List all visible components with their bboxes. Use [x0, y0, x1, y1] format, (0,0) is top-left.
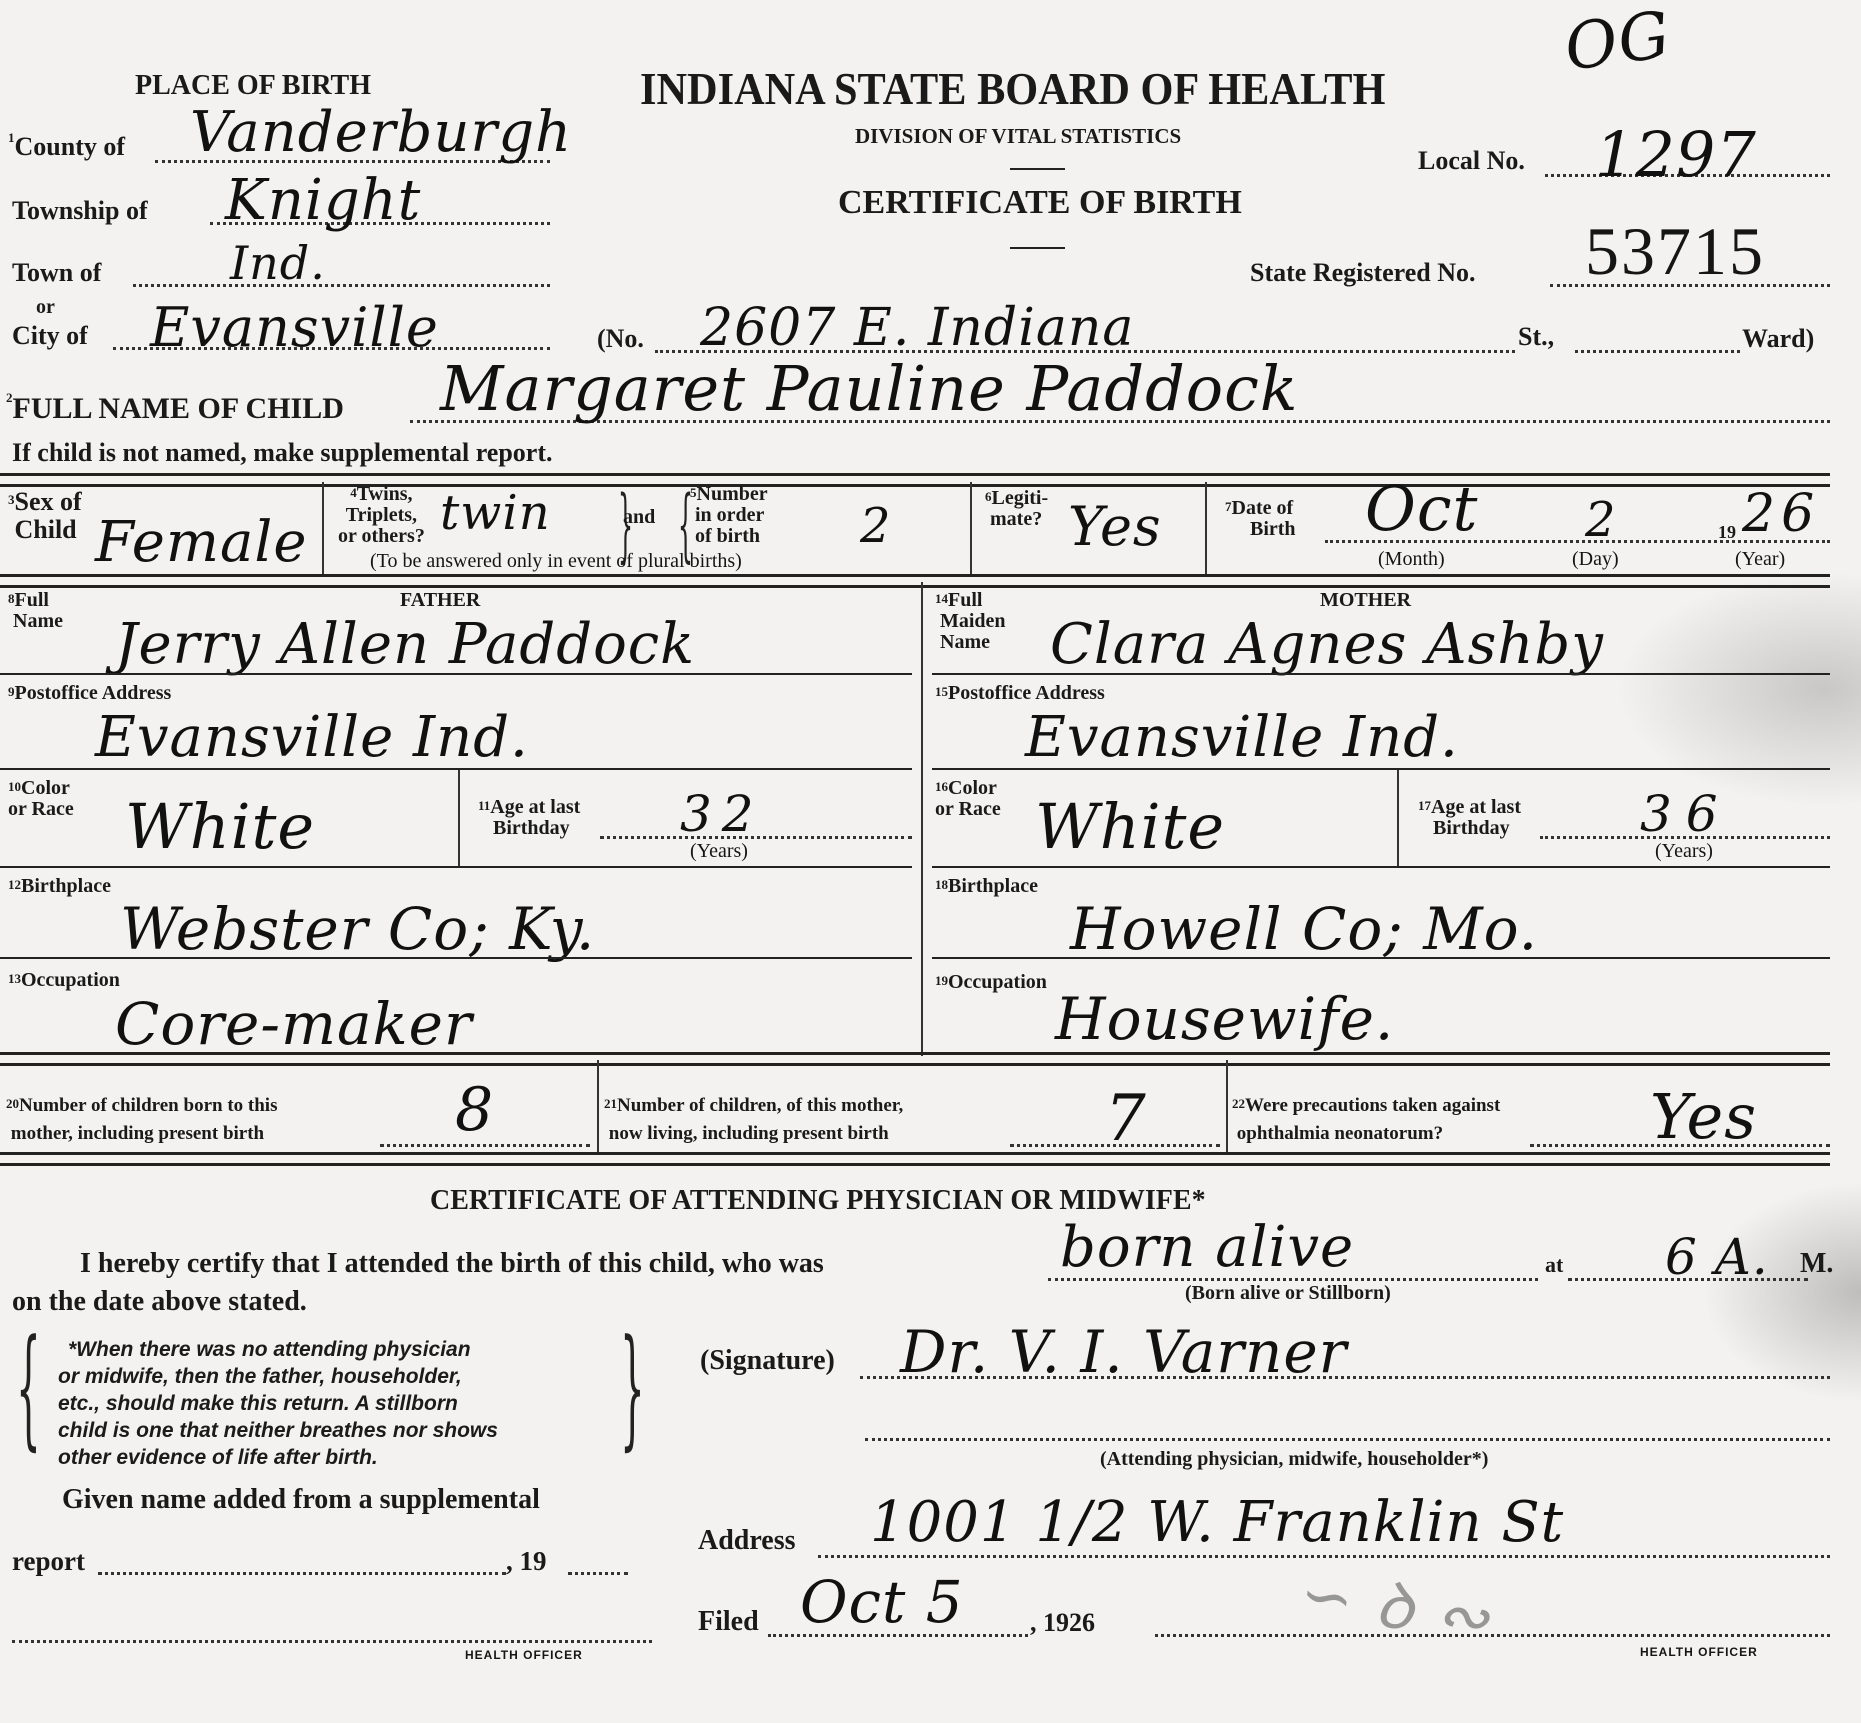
father-birthplace-value: Webster Co; Ky. [120, 895, 595, 963]
order-label: Number [697, 483, 768, 505]
row-line [932, 957, 1830, 959]
time-value: 6 A. [1665, 1228, 1769, 1286]
filed-label: Filed [698, 1606, 759, 1638]
father-race-label: Color [21, 777, 70, 799]
father-occupation-label: Occupation [21, 969, 120, 991]
report-year-prefix: , 19 [506, 1546, 547, 1577]
row-line [0, 957, 912, 959]
section-divider-4 [0, 1152, 1830, 1166]
father-race-value: White [125, 790, 315, 863]
children-living-value: 7 [1105, 1082, 1147, 1156]
health-officer-signature-smudge: ∽ ꝺ ∾ [1295, 1547, 1497, 1660]
precautions-label: Were precautions taken against [1245, 1095, 1500, 1116]
footnote-line: or midwife, then the father, householder… [58, 1363, 498, 1390]
mother-name-label: Full [948, 589, 982, 611]
father-birthplace-label: Birthplace [21, 875, 111, 897]
unnamed-note: If child is not named, make supplemental… [12, 438, 553, 468]
certificate-heading: CERTIFICATE OF ATTENDING PHYSICIAN OR MI… [430, 1185, 1206, 1217]
footnote-line: etc., should make this return. A stillbo… [58, 1390, 498, 1417]
father-address-label: Postoffice Address [15, 682, 172, 704]
local-no-value: 1297 [1595, 118, 1757, 191]
mother-age-value: 36 [1640, 785, 1732, 843]
mother-heading: MOTHER [1320, 590, 1411, 611]
signature-value: Dr. V. I. Varner [900, 1318, 1347, 1386]
children-born-label: Number of children born to this [19, 1095, 277, 1116]
row-line [0, 866, 912, 868]
sex-label-2: Child [15, 515, 77, 544]
divider [1205, 482, 1207, 574]
health-officer-line [12, 1640, 652, 1643]
report-line [98, 1572, 506, 1575]
section-divider-3 [0, 1052, 1830, 1066]
certify-text: I hereby certify that I attended the bir… [80, 1248, 824, 1280]
father-age-label: Age at last [490, 796, 580, 818]
section-divider-2 [0, 574, 1830, 588]
day-caption: (Day) [1572, 548, 1619, 571]
row-line [932, 866, 1830, 868]
signature-label: (Signature) [700, 1345, 835, 1377]
title-divider-bottom [1010, 247, 1065, 249]
mother-birthplace-label: Birthplace [948, 875, 1038, 897]
divider [970, 482, 972, 574]
child-name-label: FULL NAME OF CHILD [13, 392, 344, 425]
sex-label: Sex of [15, 487, 82, 516]
county-value: Vanderburgh [190, 100, 572, 165]
row-line [932, 673, 1830, 675]
attendant-caption: (Attending physician, midwife, household… [1100, 1448, 1488, 1471]
children-living-label-2: now living, including present birth [609, 1123, 889, 1144]
divider [322, 482, 324, 574]
health-officer-caption-2: HEALTH OFFICER [1640, 1645, 1758, 1659]
title-divider-top [1010, 168, 1065, 170]
health-officer-line-2 [1155, 1634, 1830, 1637]
dob-month-value: Oct [1365, 472, 1478, 545]
footnote-brace-left: { [16, 1322, 41, 1452]
report-label: report [12, 1546, 85, 1577]
birth-certificate: PLACE OF BIRTH INDIANA STATE BOARD OF HE… [0, 0, 1861, 1723]
street-no-label: (No. [597, 324, 644, 354]
twins-value: twin [440, 485, 551, 541]
father-name-label: Full [15, 589, 49, 611]
plural-births-note: (To be answered only in event of plural … [370, 550, 742, 573]
father-heading: FATHER [400, 590, 480, 611]
state-reg-value: 53715 [1585, 212, 1765, 291]
month-caption: (Month) [1378, 548, 1445, 571]
father-name-value: Jerry Allen Paddock [115, 612, 695, 677]
mother-name-label-3: Name [940, 631, 990, 653]
child-name-value: Margaret Pauline Paddock [440, 352, 1298, 425]
date-stated-text: on the date above stated. [12, 1286, 307, 1318]
footnote-brace-right: } [620, 1322, 645, 1452]
footnote-line: other evidence of life after birth. [58, 1444, 498, 1471]
m-label: M. [1800, 1248, 1833, 1280]
father-age-value: 32 [680, 785, 764, 843]
sex-value: Female [95, 510, 307, 575]
division-title: DIVISION OF VITAL STATISTICS [855, 124, 1181, 149]
mother-name-label-2: Maiden [940, 610, 1006, 632]
twins-label: Twins, [357, 483, 413, 505]
physician-address-value: 1001 1/2 W. Franklin St [870, 1490, 1564, 1555]
father-occupation-value: Core-maker [115, 990, 473, 1058]
given-name-text: Given name added from a supplemental [62, 1484, 540, 1516]
mother-race-value: White [1035, 790, 1225, 863]
father-age-label-2: Birthday [493, 817, 570, 839]
legitimate-label: Legiti- [992, 487, 1049, 509]
footnote: *When there was no attending physician o… [58, 1336, 498, 1471]
at-label: at [1545, 1252, 1563, 1278]
attendant-line [865, 1438, 1830, 1441]
precautions-value: Yes [1650, 1080, 1757, 1153]
father-years-caption: (Years) [690, 840, 748, 863]
filed-date-value: Oct 5 [800, 1568, 964, 1636]
order-label-3: of birth [695, 525, 760, 547]
children-born-label-2: mother, including present birth [11, 1123, 264, 1144]
father-race-label-2: or Race [8, 798, 74, 820]
mother-name-value: Clara Agnes Ashby [1050, 612, 1604, 677]
status-caption: (Born alive or Stillborn) [1185, 1282, 1391, 1305]
year-caption: (Year) [1735, 548, 1785, 571]
mother-age-label: Age at last [1431, 796, 1521, 818]
or-label: or [36, 296, 55, 319]
father-name-label-2: Name [13, 610, 63, 632]
township-label: Township of [12, 196, 148, 226]
mother-address-label: Postoffice Address [948, 682, 1105, 704]
mother-race-label: Color [948, 777, 997, 799]
born-status-value: born alive [1060, 1215, 1354, 1280]
document-title: CERTIFICATE OF BIRTH [838, 184, 1242, 222]
mother-race-label-2: or Race [935, 798, 1001, 820]
town-line [133, 284, 550, 287]
mother-years-caption: (Years) [1655, 840, 1713, 863]
and-label: and [623, 507, 655, 528]
twins-label-3: or others? [338, 525, 425, 547]
mother-address-value: Evansville Ind. [1025, 705, 1459, 770]
mother-age-label-2: Birthday [1433, 817, 1510, 839]
place-of-birth-heading: PLACE OF BIRTH [135, 70, 371, 102]
mother-birthplace-value: Howell Co; Mo. [1070, 895, 1538, 963]
footnote-line: child is one that neither breathes nor s… [58, 1417, 498, 1444]
dob-label-2: Birth [1250, 518, 1296, 540]
section-divider-1 [0, 473, 1830, 487]
dob-label: Date of [1232, 497, 1294, 519]
agency-title: INDIANA STATE BOARD OF HEALTH [640, 62, 1385, 115]
report-year-line [568, 1572, 628, 1575]
parents-divider [921, 582, 923, 1056]
divider [1226, 1060, 1228, 1152]
row-line [0, 768, 912, 770]
birth-order-value: 2 [860, 498, 892, 554]
dob-day-value: 2 [1585, 492, 1617, 548]
corner-mark: OG [1560, 0, 1675, 86]
ward-label: Ward) [1742, 324, 1814, 354]
footnote-line: *When there was no attending physician [58, 1336, 498, 1363]
filed-year-value: , 1926 [1030, 1608, 1095, 1638]
county-label: County of [15, 132, 126, 161]
ward-line [1575, 350, 1740, 353]
children-living-label: Number of children, of this mother, [617, 1095, 903, 1116]
street-label: St., [1518, 322, 1554, 352]
twins-label-2: Triplets, [346, 504, 417, 526]
mother-occupation-label: Occupation [948, 971, 1047, 993]
divider [1397, 770, 1399, 866]
divider [597, 1060, 599, 1152]
children-born-value: 8 [455, 1075, 494, 1145]
street-address-value: 2607 E. Indiana [700, 298, 1134, 358]
order-label-2: in order [695, 504, 764, 526]
address-label: Address [698, 1525, 796, 1557]
state-reg-label: State Registered No. [1250, 258, 1476, 288]
row-line [932, 768, 1830, 770]
legitimate-value: Yes [1068, 495, 1162, 558]
mother-occupation-value: Housewife. [1055, 985, 1394, 1053]
dob-year-value: 26 [1742, 484, 1820, 544]
town-value: Ind. [230, 236, 326, 290]
town-label: Town of [12, 258, 101, 288]
health-officer-caption: HEALTH OFFICER [465, 1648, 583, 1662]
row-line [0, 673, 912, 675]
dob-year-prefix: 19 [1718, 522, 1736, 543]
divider [458, 770, 460, 866]
local-no-label: Local No. [1418, 146, 1525, 176]
precautions-label-2: ophthalmia neonatorum? [1237, 1123, 1443, 1144]
father-address-value: Evansville Ind. [95, 705, 529, 770]
city-value: Evansville [150, 296, 439, 359]
city-label: City of [12, 321, 88, 351]
township-value: Knight [225, 168, 421, 233]
legitimate-label-2: mate? [990, 508, 1042, 530]
